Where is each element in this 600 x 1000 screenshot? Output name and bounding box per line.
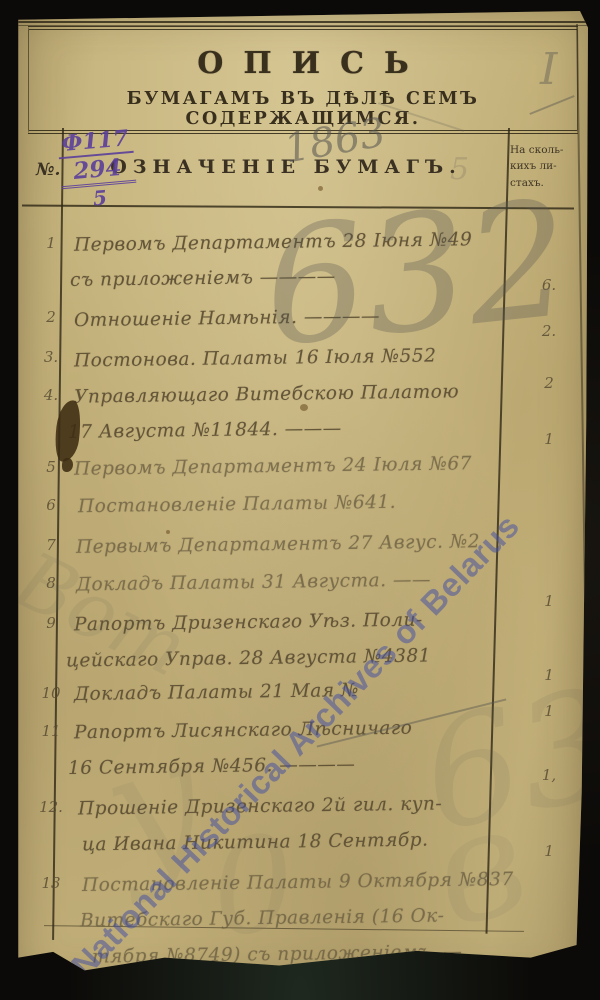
entry-number: 12. <box>38 798 64 816</box>
entry-text: 17 Августа №11844. ——— <box>68 418 342 443</box>
entry-number: 2 <box>38 308 64 326</box>
entry-text: Рапортъ Дризенскаго Уѣз. Поли- <box>74 610 423 636</box>
sheet-count: 1 <box>532 842 566 860</box>
sheet-count: 1 <box>532 960 566 978</box>
entry-number: 7 <box>38 536 64 554</box>
entry-number: 11 <box>38 722 64 740</box>
ink-blot-stain <box>62 458 73 472</box>
entry-text: Управляющаго Витебскою Палатою <box>74 381 459 407</box>
pencil-mark: 5 <box>450 152 469 187</box>
entry-number: 3. <box>38 348 64 366</box>
sheet-count: 1 <box>532 666 566 684</box>
entry-text: Докладъ Палаты 31 Августа. —— <box>76 570 431 596</box>
entry-number: 9 <box>38 614 64 632</box>
folio-number-annotation: I <box>540 44 557 95</box>
entry-text: ца Ивана Никитина 18 Сентябр. <box>82 830 429 856</box>
entry-text: Постановленіе Палаты №641. <box>78 492 396 517</box>
entry-text: Постонова. Палаты 16 Іюля №552 <box>74 345 437 371</box>
entry-number: 10 <box>38 684 64 702</box>
entry-text: тября №8749) съ приложеніемъ. — <box>92 941 463 967</box>
entry-number: 13 <box>38 874 64 892</box>
top-rule <box>16 21 588 23</box>
entry-number: 8 <box>38 574 64 592</box>
pencil-scrawl-63: 63 <box>408 656 600 866</box>
title-box: ОПИСЬ БУМАГАМЪ ВЪ ДѢЛѢ СЕМЪ СОДЕРЖАЩИМСЯ… <box>28 26 578 134</box>
scanned-inventory-page: ОПИСЬ БУМАГАМЪ ВЪ ДѢЛѢ СЕМЪ СОДЕРЖАЩИМСЯ… <box>16 10 588 988</box>
archive-stamp: Ф117 294 5 <box>57 125 139 213</box>
sheet-count: 1 <box>532 430 566 448</box>
column-header-number: №. <box>36 160 60 180</box>
outer-right-rule <box>576 24 590 930</box>
stamp-delo: 5 <box>62 183 139 213</box>
sheet-count: 1, <box>532 766 566 784</box>
entry-text: съ приложеніемъ ———— <box>70 266 336 291</box>
entry-text: Первомъ Департаментъ 28 Іюня №49 <box>74 229 473 256</box>
entry-text: Первымъ Департаментъ 27 Авгус. №2 <box>76 531 480 558</box>
column-header-sheets: На сколь- кихъ ли- стахъ. <box>510 142 576 191</box>
page-title: ОПИСЬ <box>29 46 577 81</box>
entry-text: 16 Сентября №456. ———— <box>68 754 356 779</box>
entry-number: 4. <box>38 386 64 404</box>
sheet-count: 6. <box>532 276 566 294</box>
entry-text: Отношеніе Намѣнія. ———— <box>74 306 380 331</box>
entry-number: 1 <box>38 234 64 252</box>
sheet-count: 1 <box>532 592 566 610</box>
entry-number: 6 <box>38 496 64 514</box>
ink-blot-stain <box>52 399 83 463</box>
entry-text: Рапортъ Лисянскаго Лѣсничаго <box>74 718 413 744</box>
entry-text: Первомъ Департаментъ 24 Іюля №67 <box>74 453 472 480</box>
sheet-count: 2 <box>532 374 566 392</box>
sheet-count: 2. <box>532 322 566 340</box>
sheet-count: 1 <box>532 702 566 720</box>
